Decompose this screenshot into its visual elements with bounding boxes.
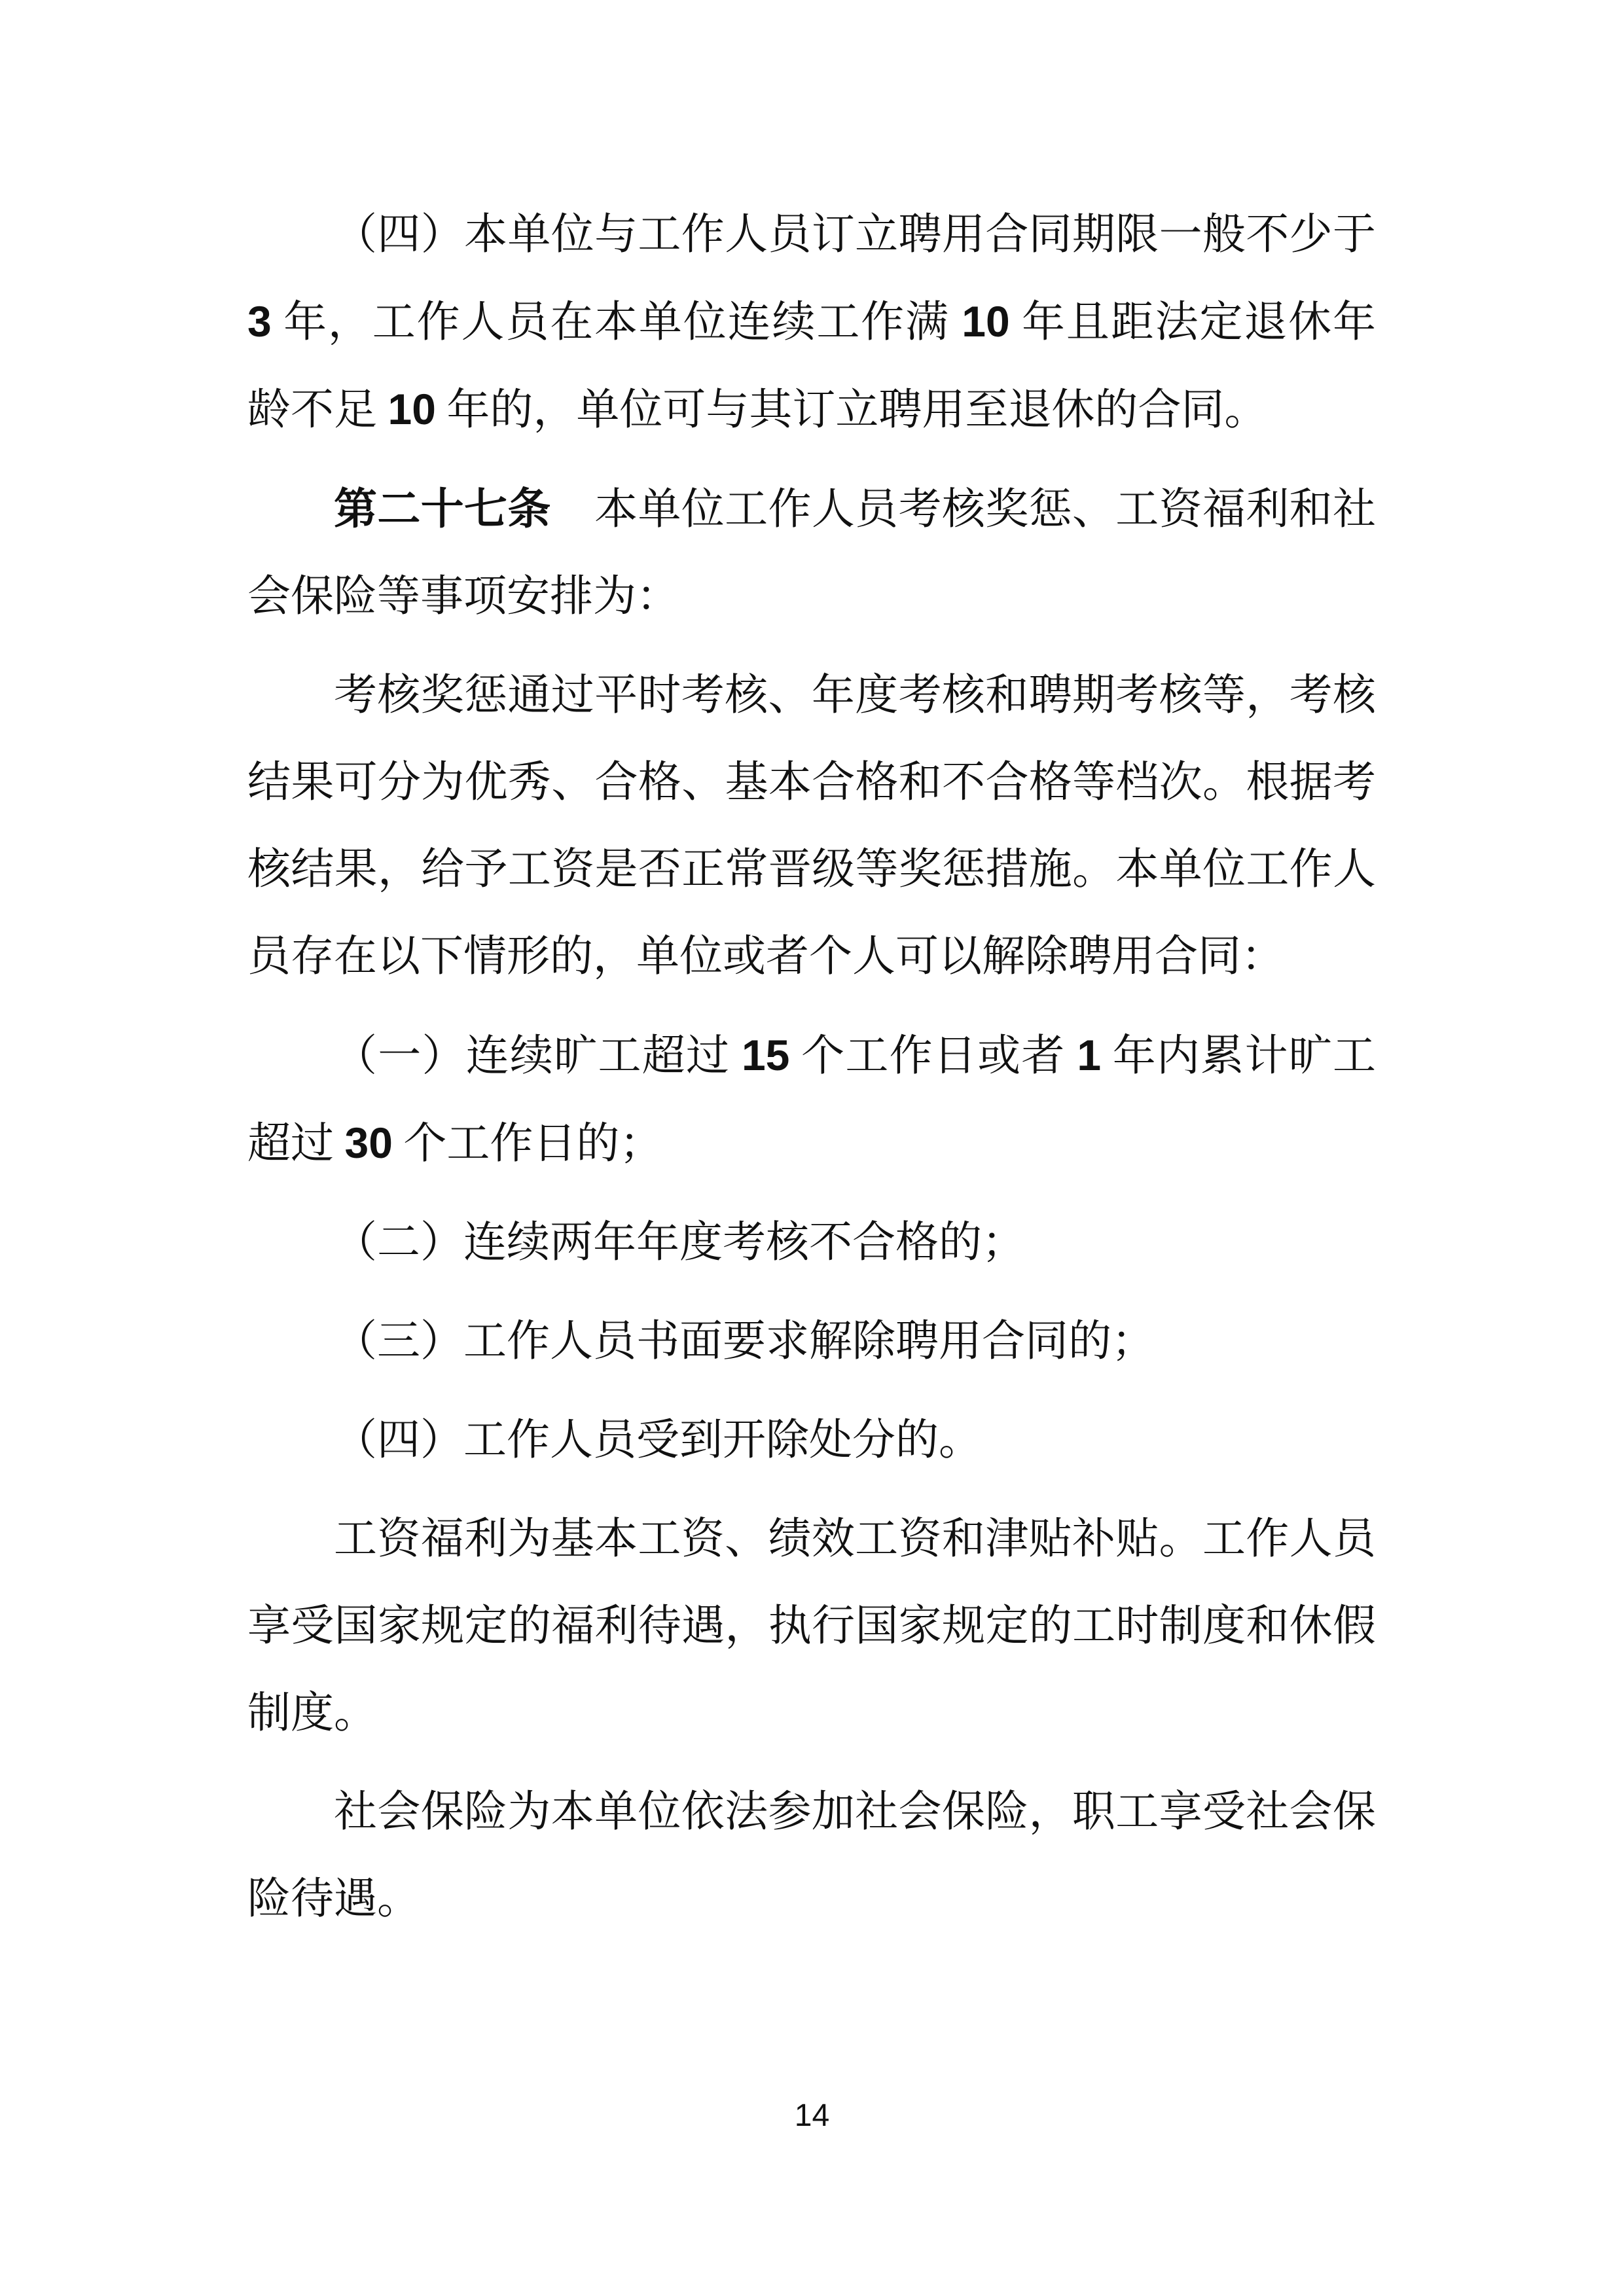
text-run: 年，工作人员在本单位连续工作满 [272, 298, 962, 346]
text-run: （四）工作人员受到开除处分的。 [334, 1416, 982, 1464]
paragraph: 考核奖惩通过平时考核、年度考核和聘期考核等，考核结果可分为优秀、合格、基本合格和… [247, 652, 1376, 1000]
document-page: （四）本单位与工作人员订立聘用合同期限一般不少于 3 年，工作人员在本单位连续工… [0, 0, 1624, 2296]
text-run: （一）连续旷工超过 [334, 1032, 742, 1080]
text-run: 3 [247, 297, 272, 346]
text-run: 工资福利为基本工资、绩效工资和津贴补贴。工作人员享受国家规定的福利待遇，执行国家… [247, 1515, 1376, 1737]
text-run: 考核奖惩通过平时考核、年度考核和聘期考核等，考核结果可分为优秀、合格、基本合格和… [247, 672, 1376, 980]
text-run: 30 [345, 1119, 393, 1167]
paragraph: （二）连续两年年度考核不合格的； [247, 1199, 1376, 1286]
text-run: 15 [742, 1031, 789, 1079]
text-run: （三）工作人员书面要求解除聘用合同的； [334, 1318, 1155, 1365]
page-number: 14 [0, 2096, 1624, 2136]
paragraph: （四）本单位与工作人员订立聘用合同期限一般不少于 3 年，工作人员在本单位连续工… [247, 191, 1376, 454]
text-run: 1 [1077, 1031, 1101, 1079]
text-run: 10 [962, 297, 1009, 346]
paragraph: 社会保险为本单位依法参加社会保险，职工享受社会保险待遇。 [247, 1768, 1376, 1943]
text-run: 年的，单位可与其订立聘用至退休的合同。 [436, 386, 1268, 434]
paragraph: （四）工作人员受到开除处分的。 [247, 1397, 1376, 1484]
document-body: （四）本单位与工作人员订立聘用合同期限一般不少于 3 年，工作人员在本单位连续工… [247, 191, 1376, 1954]
paragraph: 工资福利为基本工资、绩效工资和津贴补贴。工作人员享受国家规定的福利待遇，执行国家… [247, 1496, 1376, 1757]
paragraph: （一）连续旷工超过 15 个工作日或者 1 年内累计旷工超过 30 个工作日的； [247, 1012, 1376, 1187]
text-run: 10 [388, 385, 436, 433]
article-heading: 第二十七条 [334, 484, 551, 533]
text-run: （四）本单位与工作人员订立聘用合同期限一般不少于 [334, 211, 1376, 259]
paragraph: 第二十七条 本单位工作人员考核奖惩、工资福利和社会保险等事项安排为： [247, 465, 1376, 640]
text-run: 社会保险为本单位依法参加社会保险，职工享受社会保险待遇。 [247, 1788, 1376, 1923]
paragraph: （三）工作人员书面要求解除聘用合同的； [247, 1298, 1376, 1385]
text-run: 个工作日的； [393, 1120, 663, 1168]
text-run: （二）连续两年年度考核不合格的； [334, 1219, 1025, 1266]
text-run: 个工作日或者 [789, 1032, 1077, 1080]
